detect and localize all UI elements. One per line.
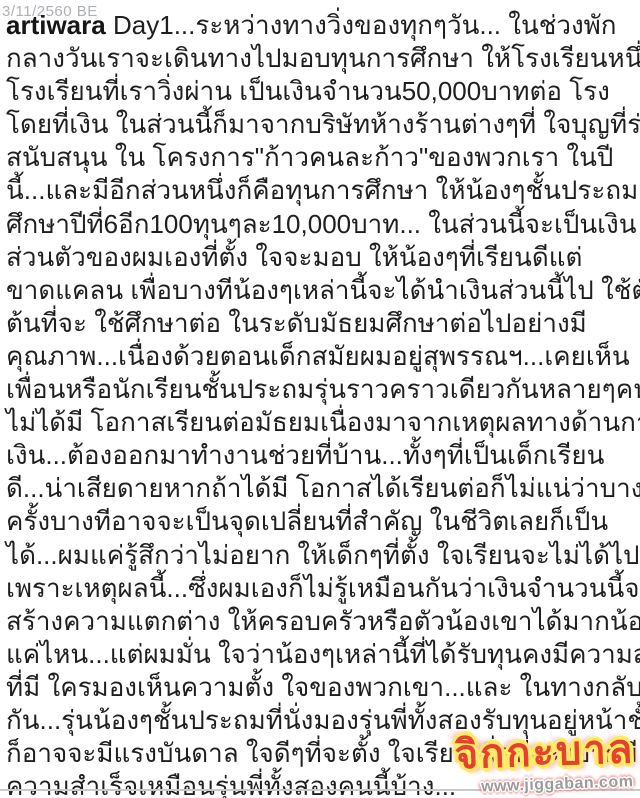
caption-line: โรงเรียนที่เราวิ่งผ่าน เป็นเงินจำนวน50,0… bbox=[6, 75, 640, 108]
caption-line: ศึกษาปีที่6อีก100ทุนๆละ10,000บาท... ในส่… bbox=[6, 208, 640, 241]
caption-line: ได้...ผมแค่รู้สึกว่าไม่อยาก ให้เด็กๆที่ต… bbox=[6, 539, 640, 572]
caption-line: เพื่อนหรือนักเรียนชั้นประถมรุ่นราวคราวเด… bbox=[6, 373, 640, 406]
instagram-caption-screenshot: 3/11/2560 BE artiwaraDay1...ระหว่างทางวิ… bbox=[0, 0, 640, 798]
username-link[interactable]: artiwara bbox=[6, 10, 106, 40]
caption-line: ส่วนตัวของผมเองที่ตั้ง ใจจะมอบ ให้น้องๆท… bbox=[6, 241, 640, 274]
post-caption: artiwaraDay1...ระหว่างทางวิ่งของทุกๆวัน.… bbox=[6, 9, 640, 798]
caption-line: ต้นที่จะ ใช้ศึกษาต่อ ในระดับมัธยมศึกษาต่… bbox=[6, 307, 640, 340]
caption-line: ขาดแคลน เพื่อบางทีน้องๆเหล่านี้จะได้นำเง… bbox=[6, 274, 640, 307]
watermark-logo-text: จิกกะบาล bbox=[454, 726, 639, 778]
caption-line: คุณภาพ...เนื่องด้วยตอนเด็กสมัยผมอยู่สุพร… bbox=[6, 340, 640, 373]
caption-line-text: Day1...ระหว่างทางวิ่งของทุกๆวัน... ในช่ว… bbox=[113, 10, 617, 40]
caption-line: แค่ไหน...แต่ผมมั่น ใจว่าน้องๆเหล่านี้ที่… bbox=[6, 638, 640, 671]
caption-line: ดี...น่าเสียดายหากถ้าได้มี โอกาสได้เรียน… bbox=[6, 472, 640, 505]
caption-line: ที่มี ใครมองเห็นความตั้ง ใจของพวกเขา...แ… bbox=[6, 671, 640, 704]
caption-line: โดยที่เงิน ในส่วนนี้ก็มาจากบริษัทห้างร้า… bbox=[6, 108, 640, 141]
caption-line: เงิน...ต้องออกมาทำงานช่วยที่บ้าน...ทั้งๆ… bbox=[6, 439, 640, 472]
watermark: จิกกะบาล www.jiggaban.com bbox=[454, 726, 640, 797]
caption-line: สร้างความแตกต่าง ให้ครอบครัวหรือตัวน้องเ… bbox=[6, 605, 640, 638]
caption-line: artiwaraDay1...ระหว่างทางวิ่งของทุกๆวัน.… bbox=[6, 9, 640, 42]
caption-line: นี้...และมีอีกส่วนหนึ่งก็คือทุนการศึกษา … bbox=[6, 174, 640, 207]
caption-line: เพราะเหตุผลนี้...ซึ่งผมเองก็ไม่รู้เหมือน… bbox=[6, 572, 640, 605]
caption-line: สนับสนุน ใน โครงการ"ก้าวคนละก้าว"ของพวกเ… bbox=[6, 141, 640, 174]
caption-line: ไม่ได้มี โอกาสเรียนต่อมัธยมเนื่องมาจากเห… bbox=[6, 406, 640, 439]
caption-line: กลางวันเราจะเดินทางไปมอบทุนการศึกษา ให้โ… bbox=[6, 42, 640, 75]
caption-line: ครั้งบางทีอาจจะเป็นจุดเปลี่ยนที่สำคัญ ใน… bbox=[6, 505, 640, 538]
